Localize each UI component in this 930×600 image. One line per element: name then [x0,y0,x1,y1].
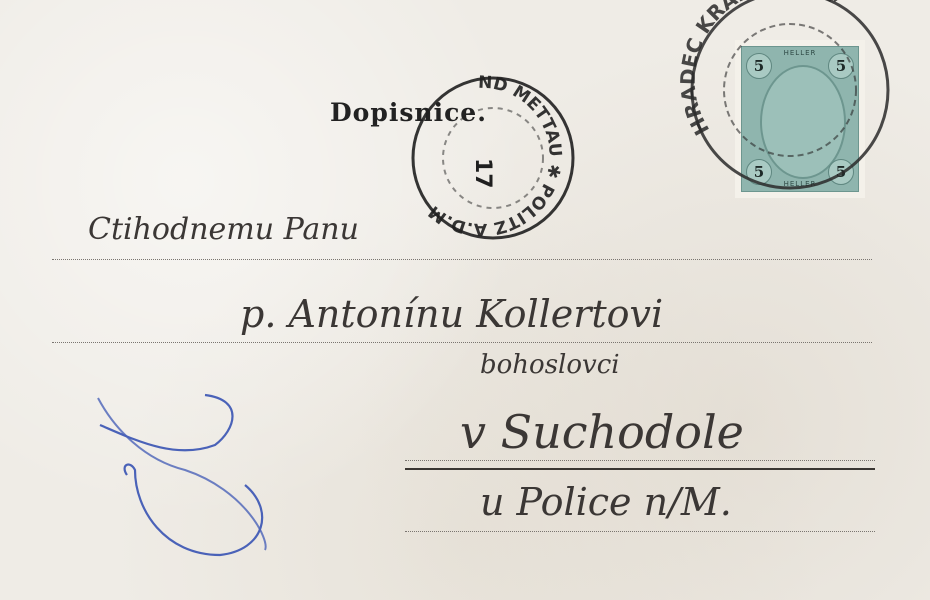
blue-pencil-mark-icon [95,390,285,570]
postmark-hradec-icon: HRADEC KRÁLOVÉ 1 ✱ [680,0,900,210]
address-line-2 [52,342,872,343]
svg-text:17: 17 [470,158,495,189]
handwritten-title: bohoslovci [480,350,620,380]
svg-text:HRADEC KRÁLOVÉ 1 ✱: HRADEC KRÁLOVÉ 1 ✱ [680,0,845,139]
handwritten-district: u Police n/M. [480,480,732,524]
svg-text:ND METTAU ✱ POLITZ A.D.MET: ND METTAU ✱ POLITZ A.D.MET [398,58,565,239]
address-line-3 [405,460,875,461]
address-line-4 [405,531,875,532]
postmark-politz-icon: ND METTAU ✱ POLITZ A.D.MET 17 [398,58,588,258]
address-line-1 [52,259,872,260]
postcard: Dopisnice. HELLER 5 5 5 5 HELLER HRADEC … [0,0,930,600]
handwritten-salutation: Ctihodnemu Panu [88,212,359,247]
address-underline [405,468,875,470]
handwritten-recipient-name: p. Antonínu Kollertovi [240,292,663,336]
handwritten-town: v Suchodole [460,405,744,459]
